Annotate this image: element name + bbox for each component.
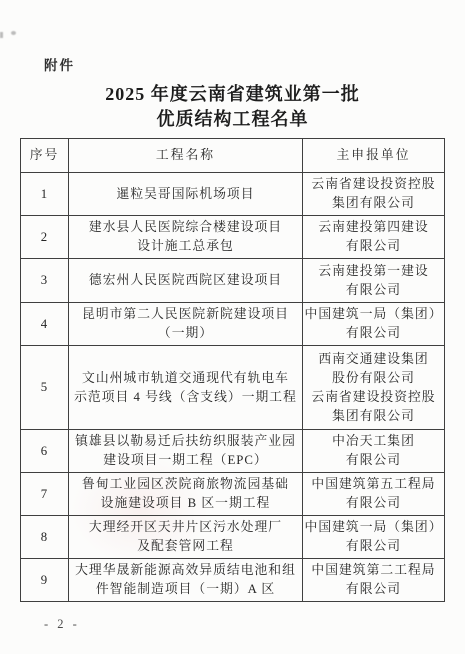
row-number-cell: 8 bbox=[21, 516, 69, 559]
applicant-unit-cell: 云南建投第四建设 有限公司 bbox=[303, 216, 445, 259]
table-row: 2 建水县人民医院综合楼建设项目 设计施工总承包 云南建投第四建设 有限公司 bbox=[21, 216, 445, 259]
column-header-applicant-unit: 主申报单位 bbox=[303, 139, 445, 173]
document-title-line1: 2025 年度云南省建筑业第一批 bbox=[0, 82, 465, 107]
table-row: 8 大理经开区天井片区污水处理厂 及配套管网工程 中国建筑一局（集团） 有限公司 bbox=[21, 516, 445, 559]
project-name-cell: 大理华晟新能源高效异质结电池和组 件智能制造项目（一期）A 区 bbox=[69, 559, 303, 602]
applicant-unit-cell: 中冶天工集团 有限公司 bbox=[303, 430, 445, 473]
row-number-cell: 5 bbox=[21, 346, 69, 430]
table-row: 9 大理华晟新能源高效异质结电池和组 件智能制造项目（一期）A 区 中国建筑第二… bbox=[21, 559, 445, 602]
project-name-cell: 大理经开区天井片区污水处理厂 及配套管网工程 bbox=[69, 516, 303, 559]
row-number-cell: 3 bbox=[21, 259, 69, 303]
scanned-document-page: 附件 2025 年度云南省建筑业第一批 优质结构工程名单 序号 工程名称 主申报… bbox=[0, 0, 465, 654]
table-row: 7 鲁甸工业园区茨院商旅物流园基础 设施建设项目 B 区一期工程 中国建筑第五工… bbox=[21, 473, 445, 516]
project-name-cell: 暹粒吴哥国际机场项目 bbox=[69, 173, 303, 216]
project-name-cell: 鲁甸工业园区茨院商旅物流园基础 设施建设项目 B 区一期工程 bbox=[69, 473, 303, 516]
scan-artifact-speck bbox=[11, 31, 16, 35]
applicant-unit-cell: 云南建投第一建设 有限公司 bbox=[303, 259, 445, 303]
row-number-cell: 4 bbox=[21, 303, 69, 346]
row-number-cell: 6 bbox=[21, 430, 69, 473]
project-name-cell: 昆明市第二人民医院新院建设项目 （一期） bbox=[69, 303, 303, 346]
document-title-line2: 优质结构工程名单 bbox=[0, 107, 465, 132]
table-row: 3 德宏州人民医院西院区建设项目 云南建投第一建设 有限公司 bbox=[21, 259, 445, 303]
project-name-cell: 镇雄县以勒易迁后扶纺织服装产业园 建设项目一期工程（EPC） bbox=[69, 430, 303, 473]
row-number-cell: 7 bbox=[21, 473, 69, 516]
applicant-unit-cell: 西南交通建设集团 股份有限公司 云南省建设投资控股 集团有限公司 bbox=[303, 346, 445, 430]
applicant-unit-cell: 中国建筑一局（集团） 有限公司 bbox=[303, 516, 445, 559]
page-number: - 2 - bbox=[44, 617, 80, 632]
row-number-cell: 2 bbox=[21, 216, 69, 259]
table-row: 6 镇雄县以勒易迁后扶纺织服装产业园 建设项目一期工程（EPC） 中冶天工集团 … bbox=[21, 430, 445, 473]
table-row: 5 文山州城市轨道交通现代有轨电车 示范项目 4 号线（含支线）一期工程 西南交… bbox=[21, 346, 445, 430]
row-number-cell: 9 bbox=[21, 559, 69, 602]
project-name-cell: 德宏州人民医院西院区建设项目 bbox=[69, 259, 303, 303]
row-number-cell: 1 bbox=[21, 173, 69, 216]
scan-artifact-speck bbox=[0, 32, 3, 38]
applicant-unit-cell: 云南省建设投资控股 集团有限公司 bbox=[303, 173, 445, 216]
document-title: 2025 年度云南省建筑业第一批 优质结构工程名单 bbox=[0, 82, 465, 132]
table-row: 1 暹粒吴哥国际机场项目 云南省建设投资控股 集团有限公司 bbox=[21, 173, 445, 216]
table-header-row: 序号 工程名称 主申报单位 bbox=[21, 139, 445, 173]
column-header-project-name: 工程名称 bbox=[69, 139, 303, 173]
applicant-unit-cell: 中国建筑一局（集团） 有限公司 bbox=[303, 303, 445, 346]
applicant-unit-cell: 中国建筑第五工程局 有限公司 bbox=[303, 473, 445, 516]
table-row: 4 昆明市第二人民医院新院建设项目 （一期） 中国建筑一局（集团） 有限公司 bbox=[21, 303, 445, 346]
applicant-unit-cell: 中国建筑第二工程局 有限公司 bbox=[303, 559, 445, 602]
attachment-label: 附件 bbox=[44, 54, 75, 74]
projects-table: 序号 工程名称 主申报单位 1 暹粒吴哥国际机场项目 云南省建设投资控股 集团有… bbox=[20, 138, 445, 602]
column-header-serial-number: 序号 bbox=[21, 139, 69, 173]
project-name-cell: 文山州城市轨道交通现代有轨电车 示范项目 4 号线（含支线）一期工程 bbox=[69, 346, 303, 430]
project-name-cell: 建水县人民医院综合楼建设项目 设计施工总承包 bbox=[69, 216, 303, 259]
